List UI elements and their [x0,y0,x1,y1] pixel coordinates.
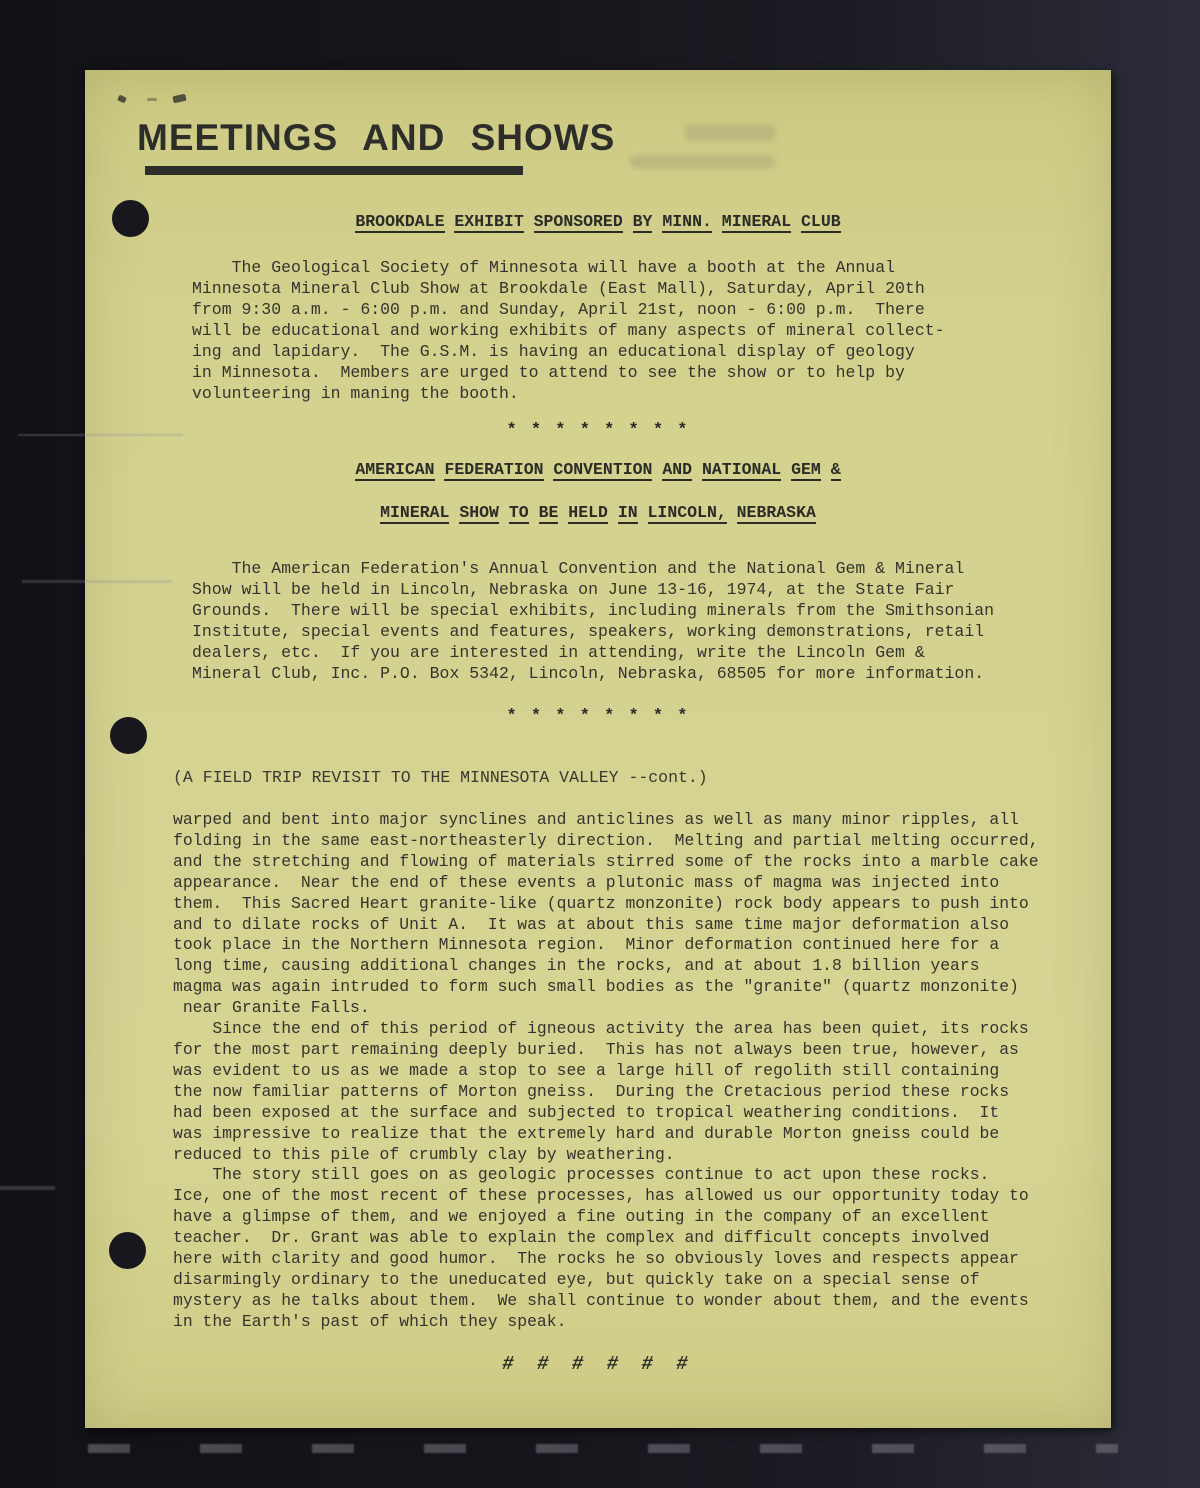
title-underline-rule [145,166,523,175]
hole-punch-bottom [109,1232,146,1269]
hole-punch-middle [110,717,147,754]
article-paragraph: warped and bent into major synclines and… [173,810,1111,1019]
pen-mark [117,95,127,104]
federation-paragraph: The American Federation's Annual Convent… [192,558,1111,684]
end-of-article-marker: # # # # # # [85,1353,1111,1375]
newsletter-paper: MEETINGS AND SHOWS BROOKDALE EXHIBIT SPO… [85,70,1111,1428]
pen-mark [147,98,157,101]
federation-heading-line1: AMERICAN FEDERATION CONVENTION AND NATIO… [85,459,1111,481]
brookdale-paragraph: The Geological Society of Minnesota will… [192,257,1111,404]
scan-ghost-smudge [630,155,775,168]
star-separator: * * * * * * * * [85,420,1111,441]
film-scratch [0,1186,55,1190]
film-scratch [22,580,172,583]
hole-punch-top [112,200,149,237]
scanned-newsletter-page: { "theme": { "paper_color": "#d3d18e", "… [0,0,1200,1488]
article-paragraph: The story still goes on as geologic proc… [173,1165,1111,1332]
scan-ghost-smudge [685,125,775,141]
field-trip-article: warped and bent into major synclines and… [173,810,1111,1333]
pen-mark [172,94,186,104]
microfilm-index-strip [88,1444,1118,1453]
star-separator: * * * * * * * * [85,706,1111,727]
field-trip-cont-note: (A FIELD TRIP REVISIT TO THE MINNESOTA V… [173,767,1111,788]
page-title: MEETINGS AND SHOWS [137,118,1111,158]
film-scratch [18,434,183,436]
federation-heading-line2: MINERAL SHOW TO BE HELD IN LINCOLN, NEBR… [85,502,1111,524]
article-paragraph: Since the end of this period of igneous … [173,1019,1111,1165]
brookdale-heading: BROOKDALE EXHIBIT SPONSORED BY MINN. MIN… [85,211,1111,233]
